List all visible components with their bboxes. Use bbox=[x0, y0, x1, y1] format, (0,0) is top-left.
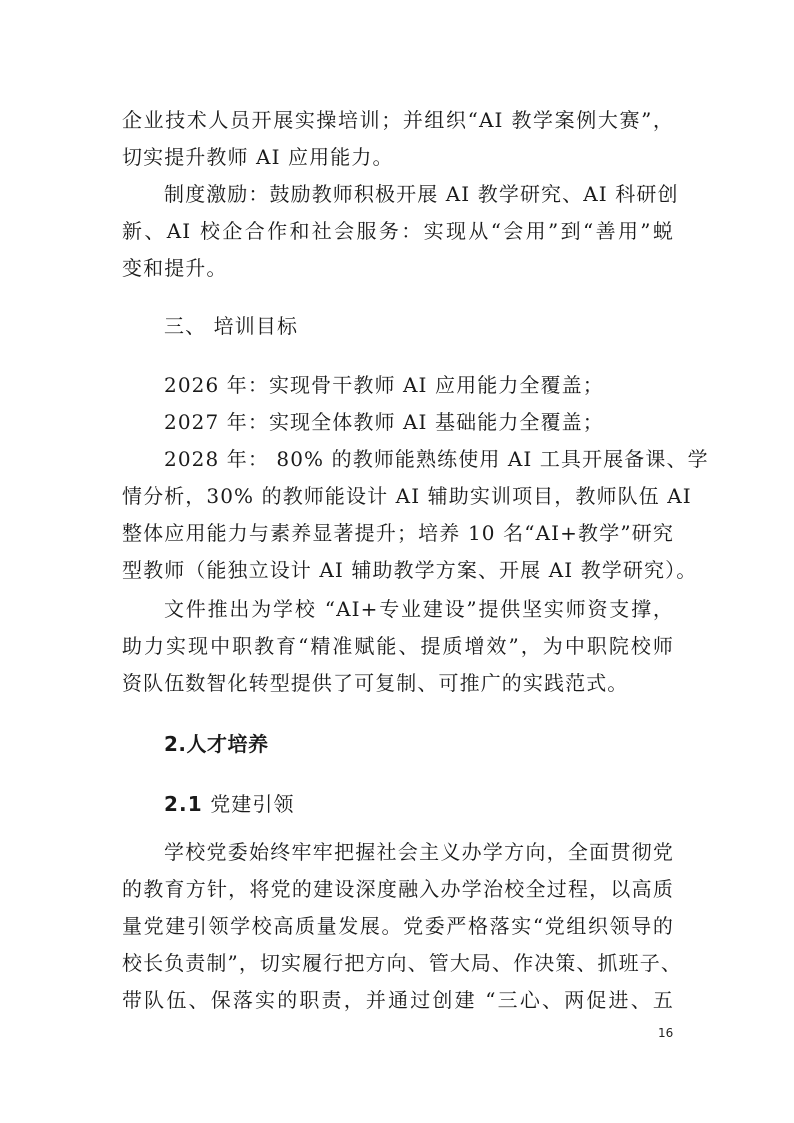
heading-2: 2.人才培养 bbox=[164, 732, 269, 756]
heading-2-1: 2.1 党建引领 bbox=[164, 792, 295, 816]
paragraph-line: 带队伍、保落实的职责，并通过创建 “三心、两促进、五 bbox=[122, 988, 674, 1012]
page-number: 16 bbox=[658, 1026, 673, 1040]
paragraph-line: 量党建引领学校高质量发展。党委严格落实“党组织领导的 bbox=[122, 914, 674, 938]
paragraph-line: 制度激励：鼓励教师积极开展 AI 教学研究、AI 科研创 bbox=[164, 182, 674, 206]
paragraph-line: 助力实现中职教育“精准赋能、提质增效”，为中职院校师 bbox=[122, 634, 674, 658]
paragraph-line: 资队伍数智化转型提供了可复制、可推广的实践范式。 bbox=[122, 671, 674, 695]
heading-title: 党建引领 bbox=[203, 792, 295, 816]
goal-line: 型教师（能独立设计 AI 辅助教学方案、开展 AI 教学研究）。 bbox=[122, 558, 674, 582]
goal-line: 2027 年：实现全体教师 AI 基础能力全覆盖； bbox=[164, 410, 674, 434]
paragraph-line: 新、AI 校企合作和社会服务：实现从“会用”到“善用”蜕 bbox=[122, 219, 674, 243]
paragraph-line: 学校党委始终牢牢把握社会主义办学方向，全面贯彻党 bbox=[164, 840, 674, 864]
goal-line: 情分析，30% 的教师能设计 AI 辅助实训项目，教师队伍 AI bbox=[122, 484, 674, 508]
document-page: 企业技术人员开展实操培训；并组织“AI 教学案例大赛”， 切实提升教师 AI 应… bbox=[0, 0, 794, 1123]
paragraph-line: 的教育方针，将党的建设深度融入办学治校全过程，以高质 bbox=[122, 877, 674, 901]
paragraph-line: 校长负责制”，切实履行把方向、管大局、作决策、抓班子、 bbox=[122, 951, 674, 975]
heading-number: 2.1 bbox=[164, 792, 203, 816]
paragraph-line: 变和提升。 bbox=[122, 256, 674, 280]
goal-line: 整体应用能力与素养显著提升；培养 10 名“AI+教学”研究 bbox=[122, 521, 674, 545]
paragraph-line: 文件推出为学校 “AI+专业建设”提供坚实师资支撑， bbox=[164, 597, 674, 621]
paragraph-line: 企业技术人员开展实操培训；并组织“AI 教学案例大赛”， bbox=[122, 108, 674, 132]
section-heading: 三、 培训目标 bbox=[164, 314, 674, 338]
goal-line: 2026 年：实现骨干教师 AI 应用能力全覆盖； bbox=[164, 373, 674, 397]
goal-line: 2028 年： 80% 的教师能熟练使用 AI 工具开展备课、学 bbox=[164, 447, 674, 471]
paragraph-line: 切实提升教师 AI 应用能力。 bbox=[122, 145, 674, 169]
